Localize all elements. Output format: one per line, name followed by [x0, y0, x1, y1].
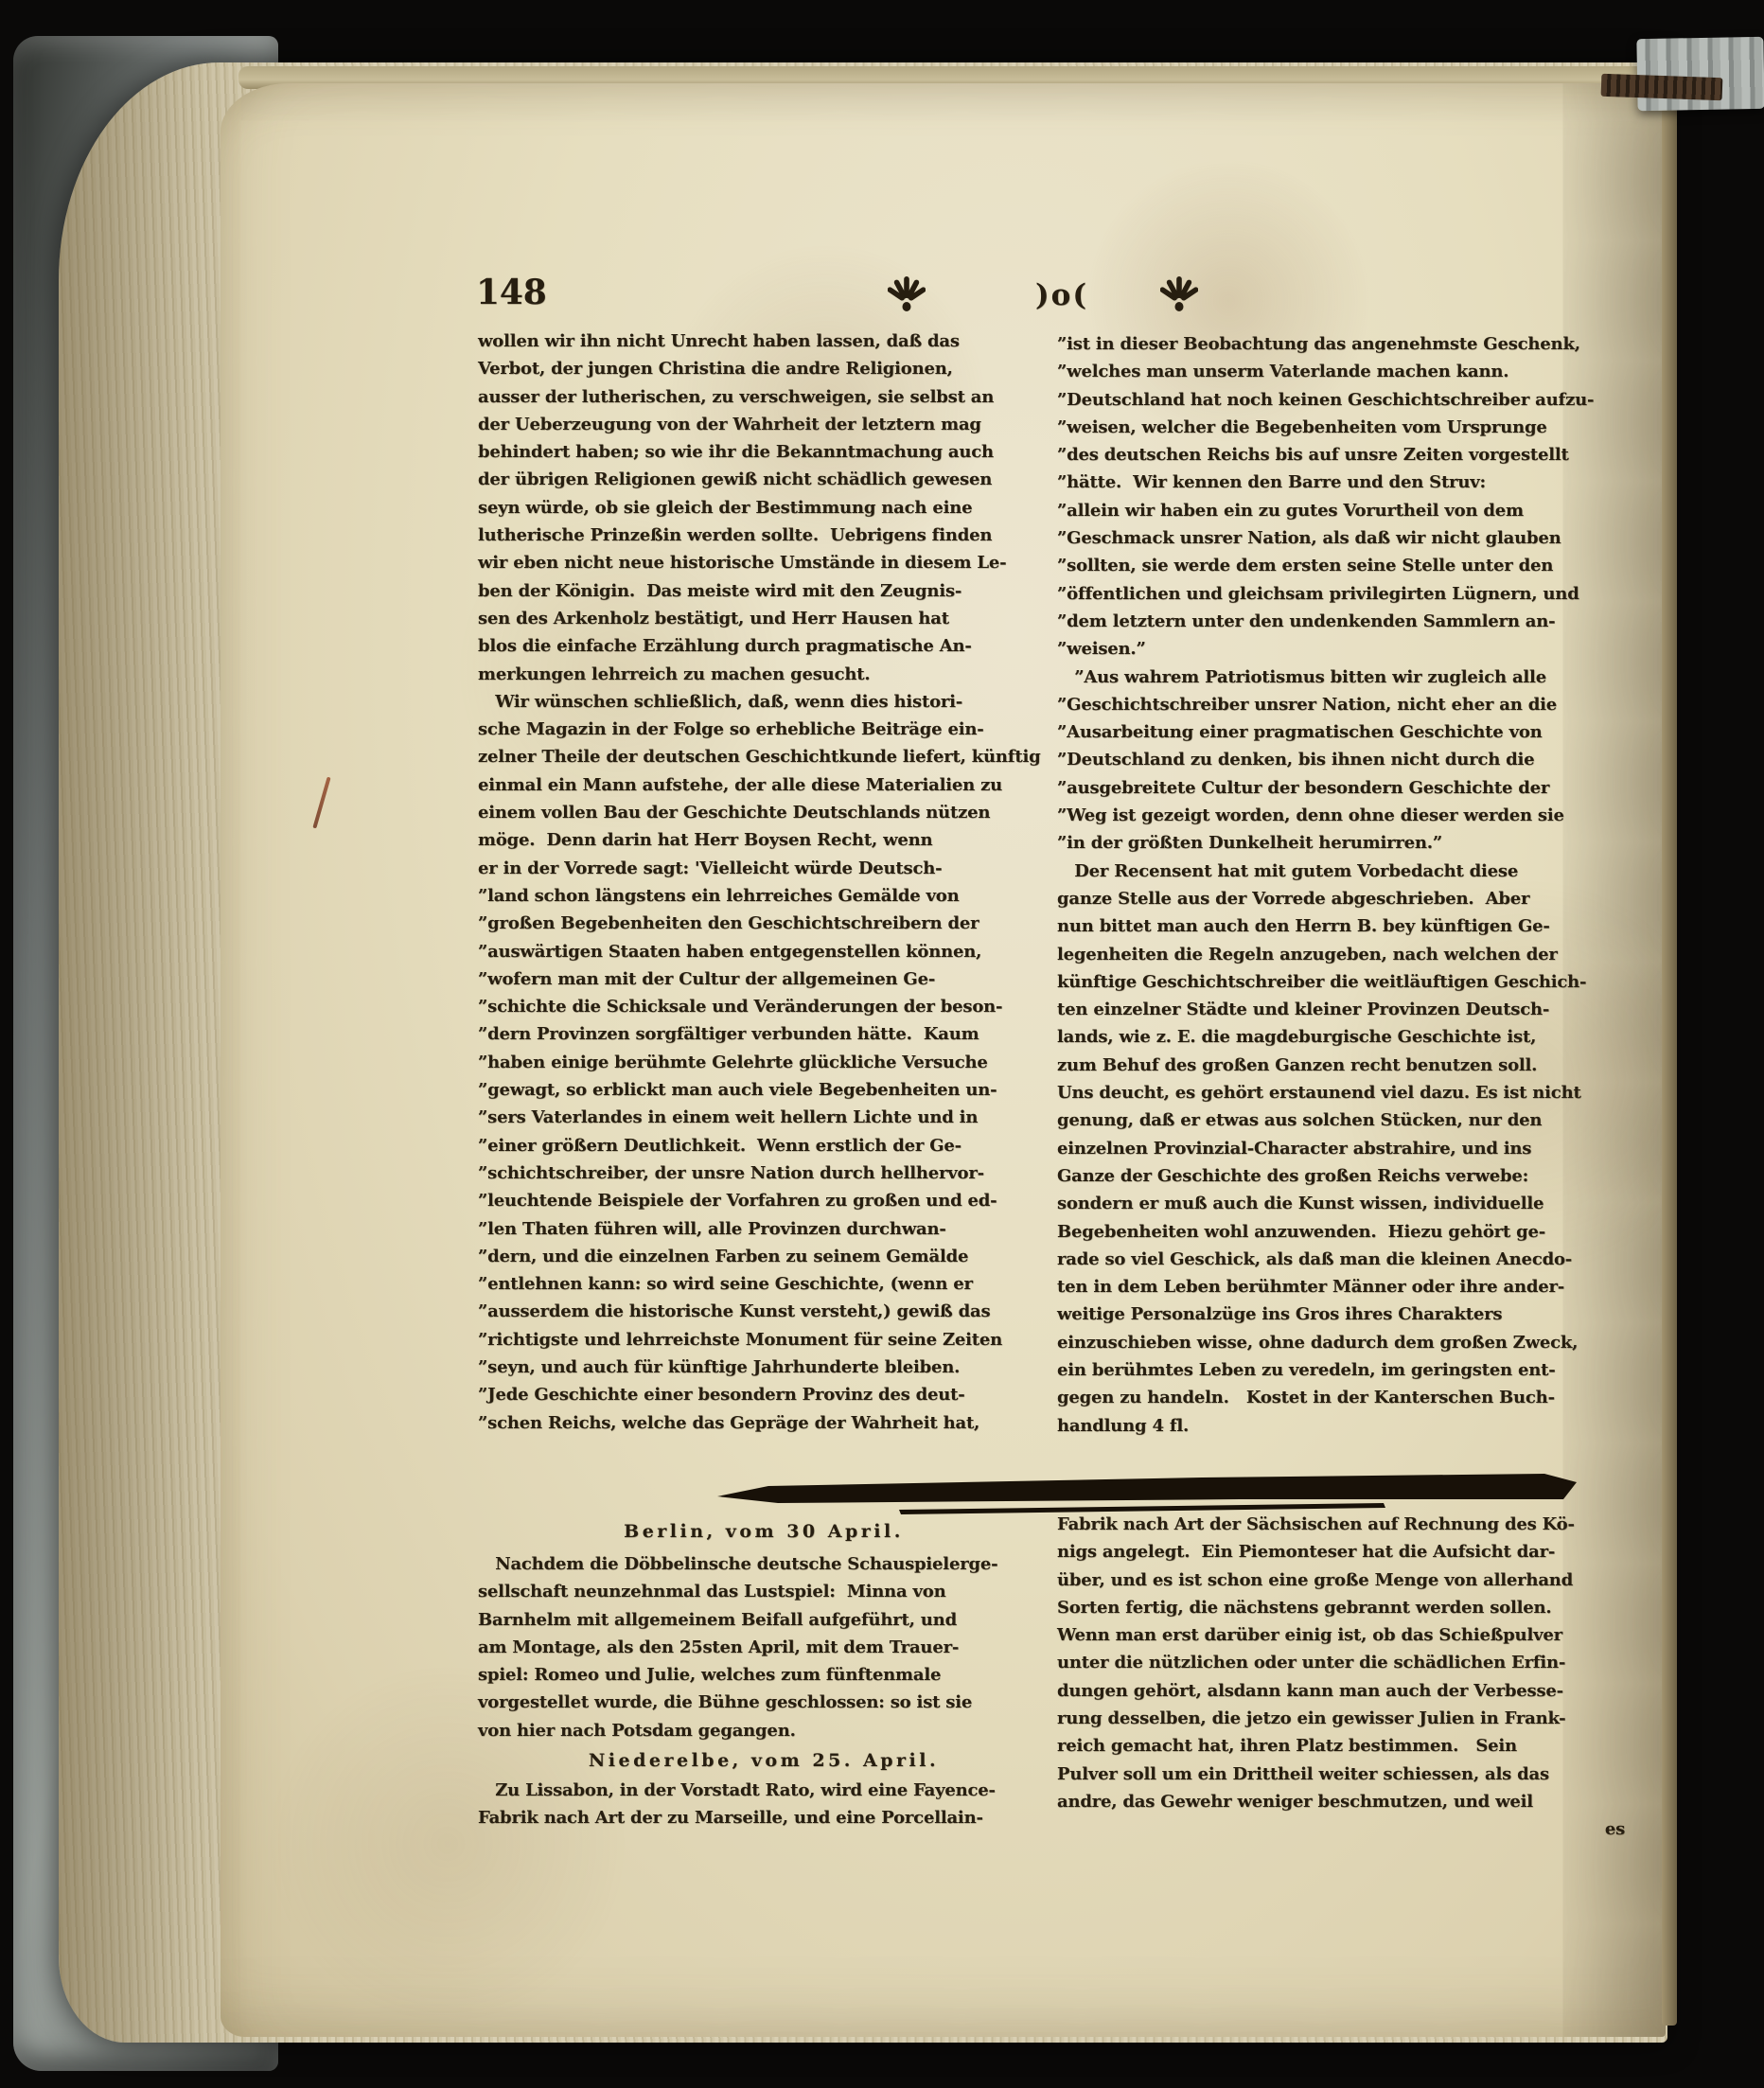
text-line: ten einzelner Städte und kleiner Provinz…	[1057, 996, 1629, 1023]
text-line: ”Geschichtschreiber unsrer Nation, nicht…	[1057, 691, 1629, 718]
text-line: spiel: Romeo und Julie, welches zum fünf…	[478, 1661, 1050, 1689]
text-line: ”Geschmack unsrer Nation, als daß wir ni…	[1057, 524, 1629, 552]
text-line: seyn würde, ob sie gleich der Bestimmung…	[478, 494, 1050, 522]
text-line: sondern er muß auch die Kunst wissen, in…	[1057, 1190, 1629, 1217]
text-line: von hier nach Potsdam gegangen.	[478, 1717, 1050, 1744]
text-line: ten in dem Leben berühmter Männer oder i…	[1057, 1273, 1629, 1301]
text-line: über, und es ist schon eine große Menge …	[1057, 1566, 1629, 1594]
text-line: ”Weg ist gezeigt worden, denn ohne diese…	[1057, 802, 1629, 829]
header-separator: )o(	[1035, 278, 1088, 312]
text-line: Begebenheiten wohl anzuwenden. Hiezu geh…	[1057, 1218, 1629, 1246]
text-line: möge. Denn darin hat Herr Boysen Recht, …	[478, 826, 1050, 854]
text-line: reich gemacht hat, ihren Platz bestimmen…	[1057, 1732, 1629, 1760]
news-left-column: Berlin, vom 30 April. Nachdem die Döbbel…	[478, 1513, 1050, 1832]
berlin-heading: Berlin, vom 30 April.	[478, 1513, 1050, 1550]
text-line: ”weisen.”	[1057, 635, 1629, 663]
text-line: ”Jede Geschichte einer besondern Provinz…	[478, 1381, 1050, 1408]
text-line: ”haben einige berühmte Gelehrte glücklic…	[478, 1049, 1050, 1076]
text-line: ”großen Begebenheiten den Geschichtschre…	[478, 910, 1050, 937]
text-line: künftige Geschichtschreiber die weitläuf…	[1057, 968, 1629, 996]
text-line: Wir wünschen schließlich, daß, wenn dies…	[478, 688, 1050, 716]
text-line: ”ist in dieser Beobachtung das angenehms…	[1057, 330, 1629, 358]
text-line: ”ausgebreitete Cultur der besondern Gesc…	[1057, 774, 1629, 802]
text-line: ”len Thaten führen will, alle Provinzen …	[478, 1215, 1050, 1243]
text-line: andre, das Gewehr weniger beschmutzen, u…	[1057, 1788, 1629, 1815]
text-line: ”sers Vaterlandes in einem weit hellern …	[478, 1104, 1050, 1131]
text-line: Pulver soll um ein Drittheil weiter schi…	[1057, 1761, 1629, 1788]
text-line: ”dern, und die einzelnen Farben zu seine…	[478, 1243, 1050, 1270]
text-line: wollen wir ihn nicht Unrecht haben lasse…	[478, 327, 1050, 355]
page-number: 148	[476, 273, 547, 312]
text-line: am Montage, als den 25sten April, mit de…	[478, 1634, 1050, 1661]
text-line: ”welches man unserm Vaterlande machen ka…	[1057, 358, 1629, 385]
text-line: Fabrik nach Art der zu Marseille, und ei…	[478, 1804, 1050, 1831]
text-line: legenheiten die Regeln anzugeben, nach w…	[1057, 941, 1629, 968]
text-line: ”richtigste und lehrreichste Monument fü…	[478, 1326, 1050, 1354]
book-photo-scene: 148 )o(	[0, 0, 1764, 2088]
review-left-column: wollen wir ihn nicht Unrecht haben lasse…	[478, 327, 1050, 1437]
text-line: nigs angelegt. Ein Piemonteser hat die A…	[1057, 1538, 1629, 1566]
text-line: einem vollen Bau der Geschichte Deutschl…	[478, 799, 1050, 826]
text-line: behindert haben; so wie ihr die Bekanntm…	[478, 438, 1050, 466]
text-line: ”gewagt, so erblickt man auch viele Bege…	[478, 1076, 1050, 1104]
text-line: ”auswärtigen Staaten haben entgegenstell…	[478, 938, 1050, 965]
margin-ink-mark	[312, 777, 330, 829]
text-line: ausser der lutherischen, zu verschweigen…	[478, 383, 1050, 411]
text-line: ”in der größten Dunkelheit herumirren.”	[1057, 829, 1629, 857]
text-line: Verbot, der jungen Christina die andre R…	[478, 355, 1050, 382]
shell-fleuron-icon	[888, 276, 926, 316]
niederelbe-heading: Niederelbe, vom 25. April.	[478, 1744, 1050, 1777]
text-line: ”Ausarbeitung einer pragmatischen Geschi…	[1057, 718, 1629, 746]
text-line: unter die nützlichen oder unter die schä…	[1057, 1649, 1629, 1676]
text-line: vorgestellet wurde, die Bühne geschlosse…	[478, 1689, 1050, 1716]
text-line: gegen zu handeln. Kostet in der Kantersc…	[1057, 1384, 1629, 1411]
niederelbe-lines: Zu Lissabon, in der Vorstadt Rato, wird …	[478, 1777, 1050, 1832]
text-line: ”Deutschland hat noch keinen Geschichtsc…	[1057, 386, 1629, 414]
text-line: dungen gehört, alsdann kann man auch der…	[1057, 1677, 1629, 1705]
text-line: ”wofern man mit der Cultur der allgemein…	[478, 965, 1050, 993]
text-line: ”dern Provinzen sorgfältiger verbunden h…	[478, 1020, 1050, 1048]
text-line: ”öffentlichen und gleichsam privilegirte…	[1057, 580, 1629, 608]
text-line: lands, wie z. E. die magdeburgische Gesc…	[1057, 1023, 1629, 1051]
text-line: weitige Personalzüge ins Gros ihres Char…	[1057, 1301, 1629, 1328]
berlin-lines: Nachdem die Döbbelinsche deutsche Schaus…	[478, 1550, 1050, 1744]
text-line: blos die einfache Erzählung durch pragma…	[478, 632, 1050, 660]
text-line: Ganze der Geschichte des großen Reichs v…	[1057, 1162, 1629, 1190]
page-content: 148 )o(	[0, 0, 1764, 2088]
text-line: der übrigen Religionen gewiß nicht schäd…	[478, 466, 1050, 493]
text-line: ”weisen, welcher die Begebenheiten vom U…	[1057, 414, 1629, 441]
text-line: ”allein wir haben ein zu gutes Vorurthei…	[1057, 497, 1629, 524]
text-line: wir eben nicht neue historische Umstände…	[478, 549, 1050, 576]
review-right-column: ”ist in dieser Beobachtung das angenehms…	[1057, 330, 1629, 1440]
text-line: einzelnen Provinzial-Character abstrahir…	[1057, 1135, 1629, 1162]
text-line: Zu Lissabon, in der Vorstadt Rato, wird …	[478, 1777, 1050, 1804]
text-line: zelner Theile der deutschen Geschichtkun…	[478, 743, 1050, 770]
text-line: ”ausserdem die historische Kunst versteh…	[478, 1298, 1050, 1325]
text-line: lutherische Prinzeßin werden sollte. Ueb…	[478, 522, 1050, 549]
text-line: einmal ein Mann aufstehe, der alle diese…	[478, 771, 1050, 799]
text-line: einzuschieben wisse, ohne dadurch dem gr…	[1057, 1329, 1629, 1356]
text-line: ”leuchtende Beispiele der Vorfahren zu g…	[478, 1187, 1050, 1214]
text-line: ”land schon längstens ein lehrreiches Ge…	[478, 882, 1050, 910]
text-line: ”schichte die Schicksale und Veränderung…	[478, 993, 1050, 1020]
text-line: ”einer größern Deutlichkeit. Wenn erstli…	[478, 1132, 1050, 1159]
text-line: der Ueberzeugung von der Wahrheit der le…	[478, 411, 1050, 438]
text-line: ein berühmtes Leben zu veredeln, im geri…	[1057, 1356, 1629, 1384]
text-line: handlung 4 fl.	[1057, 1412, 1629, 1440]
text-line: genung, daß er etwas aus solchen Stücken…	[1057, 1106, 1629, 1134]
text-line: ”Deutschland zu denken, bis ihnen nicht …	[1057, 746, 1629, 773]
text-line: rade so viel Geschick, als daß man die k…	[1057, 1246, 1629, 1273]
text-line: Sorten fertig, die nächstens gebrannt we…	[1057, 1594, 1629, 1621]
text-line: Wenn man erst darüber einig ist, ob das …	[1057, 1621, 1629, 1649]
text-line: sche Magazin in der Folge so erhebliche …	[478, 716, 1050, 743]
text-line: Nachdem die Döbbelinsche deutsche Schaus…	[478, 1550, 1050, 1578]
text-line: Uns deucht, es gehört erstaunend viel da…	[1057, 1079, 1629, 1106]
text-line: ”des deutschen Reichs bis auf unsre Zeit…	[1057, 441, 1629, 469]
text-line: Fabrik nach Art der Sächsischen auf Rech…	[1057, 1511, 1629, 1538]
text-line: rung desselben, die jetzo ein gewisser J…	[1057, 1705, 1629, 1732]
text-line: sellschaft neunzehnmal das Lustspiel: Mi…	[478, 1578, 1050, 1605]
text-line: nun bittet man auch den Herrn B. bey kün…	[1057, 912, 1629, 940]
text-line: ”sollten, sie werde dem ersten seine Ste…	[1057, 552, 1629, 579]
text-line: ”schichtschreiber, der unsre Nation durc…	[478, 1159, 1050, 1187]
text-line: ”seyn, und auch für künftige Jahrhundert…	[478, 1354, 1050, 1381]
text-line: merkungen lehrreich zu machen gesucht.	[478, 661, 1050, 688]
text-line: Der Recensent hat mit gutem Vorbedacht d…	[1057, 858, 1629, 885]
text-line: er in der Vorrede sagt: 'Vielleicht würd…	[478, 855, 1050, 882]
text-line: zum Behuf des großen Ganzen recht benutz…	[1057, 1052, 1629, 1079]
text-line: Barnhelm mit allgemeinem Beifall aufgefü…	[478, 1606, 1050, 1634]
text-line: ”schen Reichs, welche das Gepräge der Wa…	[478, 1409, 1050, 1437]
shell-fleuron-icon	[1160, 276, 1198, 316]
text-line: sen des Arkenholz bestätigt, und Herr Ha…	[478, 605, 1050, 632]
text-line: ”hätte. Wir kennen den Barre und den Str…	[1057, 469, 1629, 496]
news-right-column: Fabrik nach Art der Sächsischen auf Rech…	[1057, 1511, 1629, 1815]
catchword: es	[1057, 1815, 1625, 1843]
text-line: ganze Stelle aus der Vorrede abgeschrieb…	[1057, 885, 1629, 912]
text-line: ”entlehnen kann: so wird seine Geschicht…	[478, 1270, 1050, 1298]
text-line: ben der Königin. Das meiste wird mit den…	[478, 577, 1050, 605]
text-line: ”dem letztern unter den undenkenden Samm…	[1057, 608, 1629, 635]
text-line: ”Aus wahrem Patriotismus bitten wir zugl…	[1057, 664, 1629, 691]
